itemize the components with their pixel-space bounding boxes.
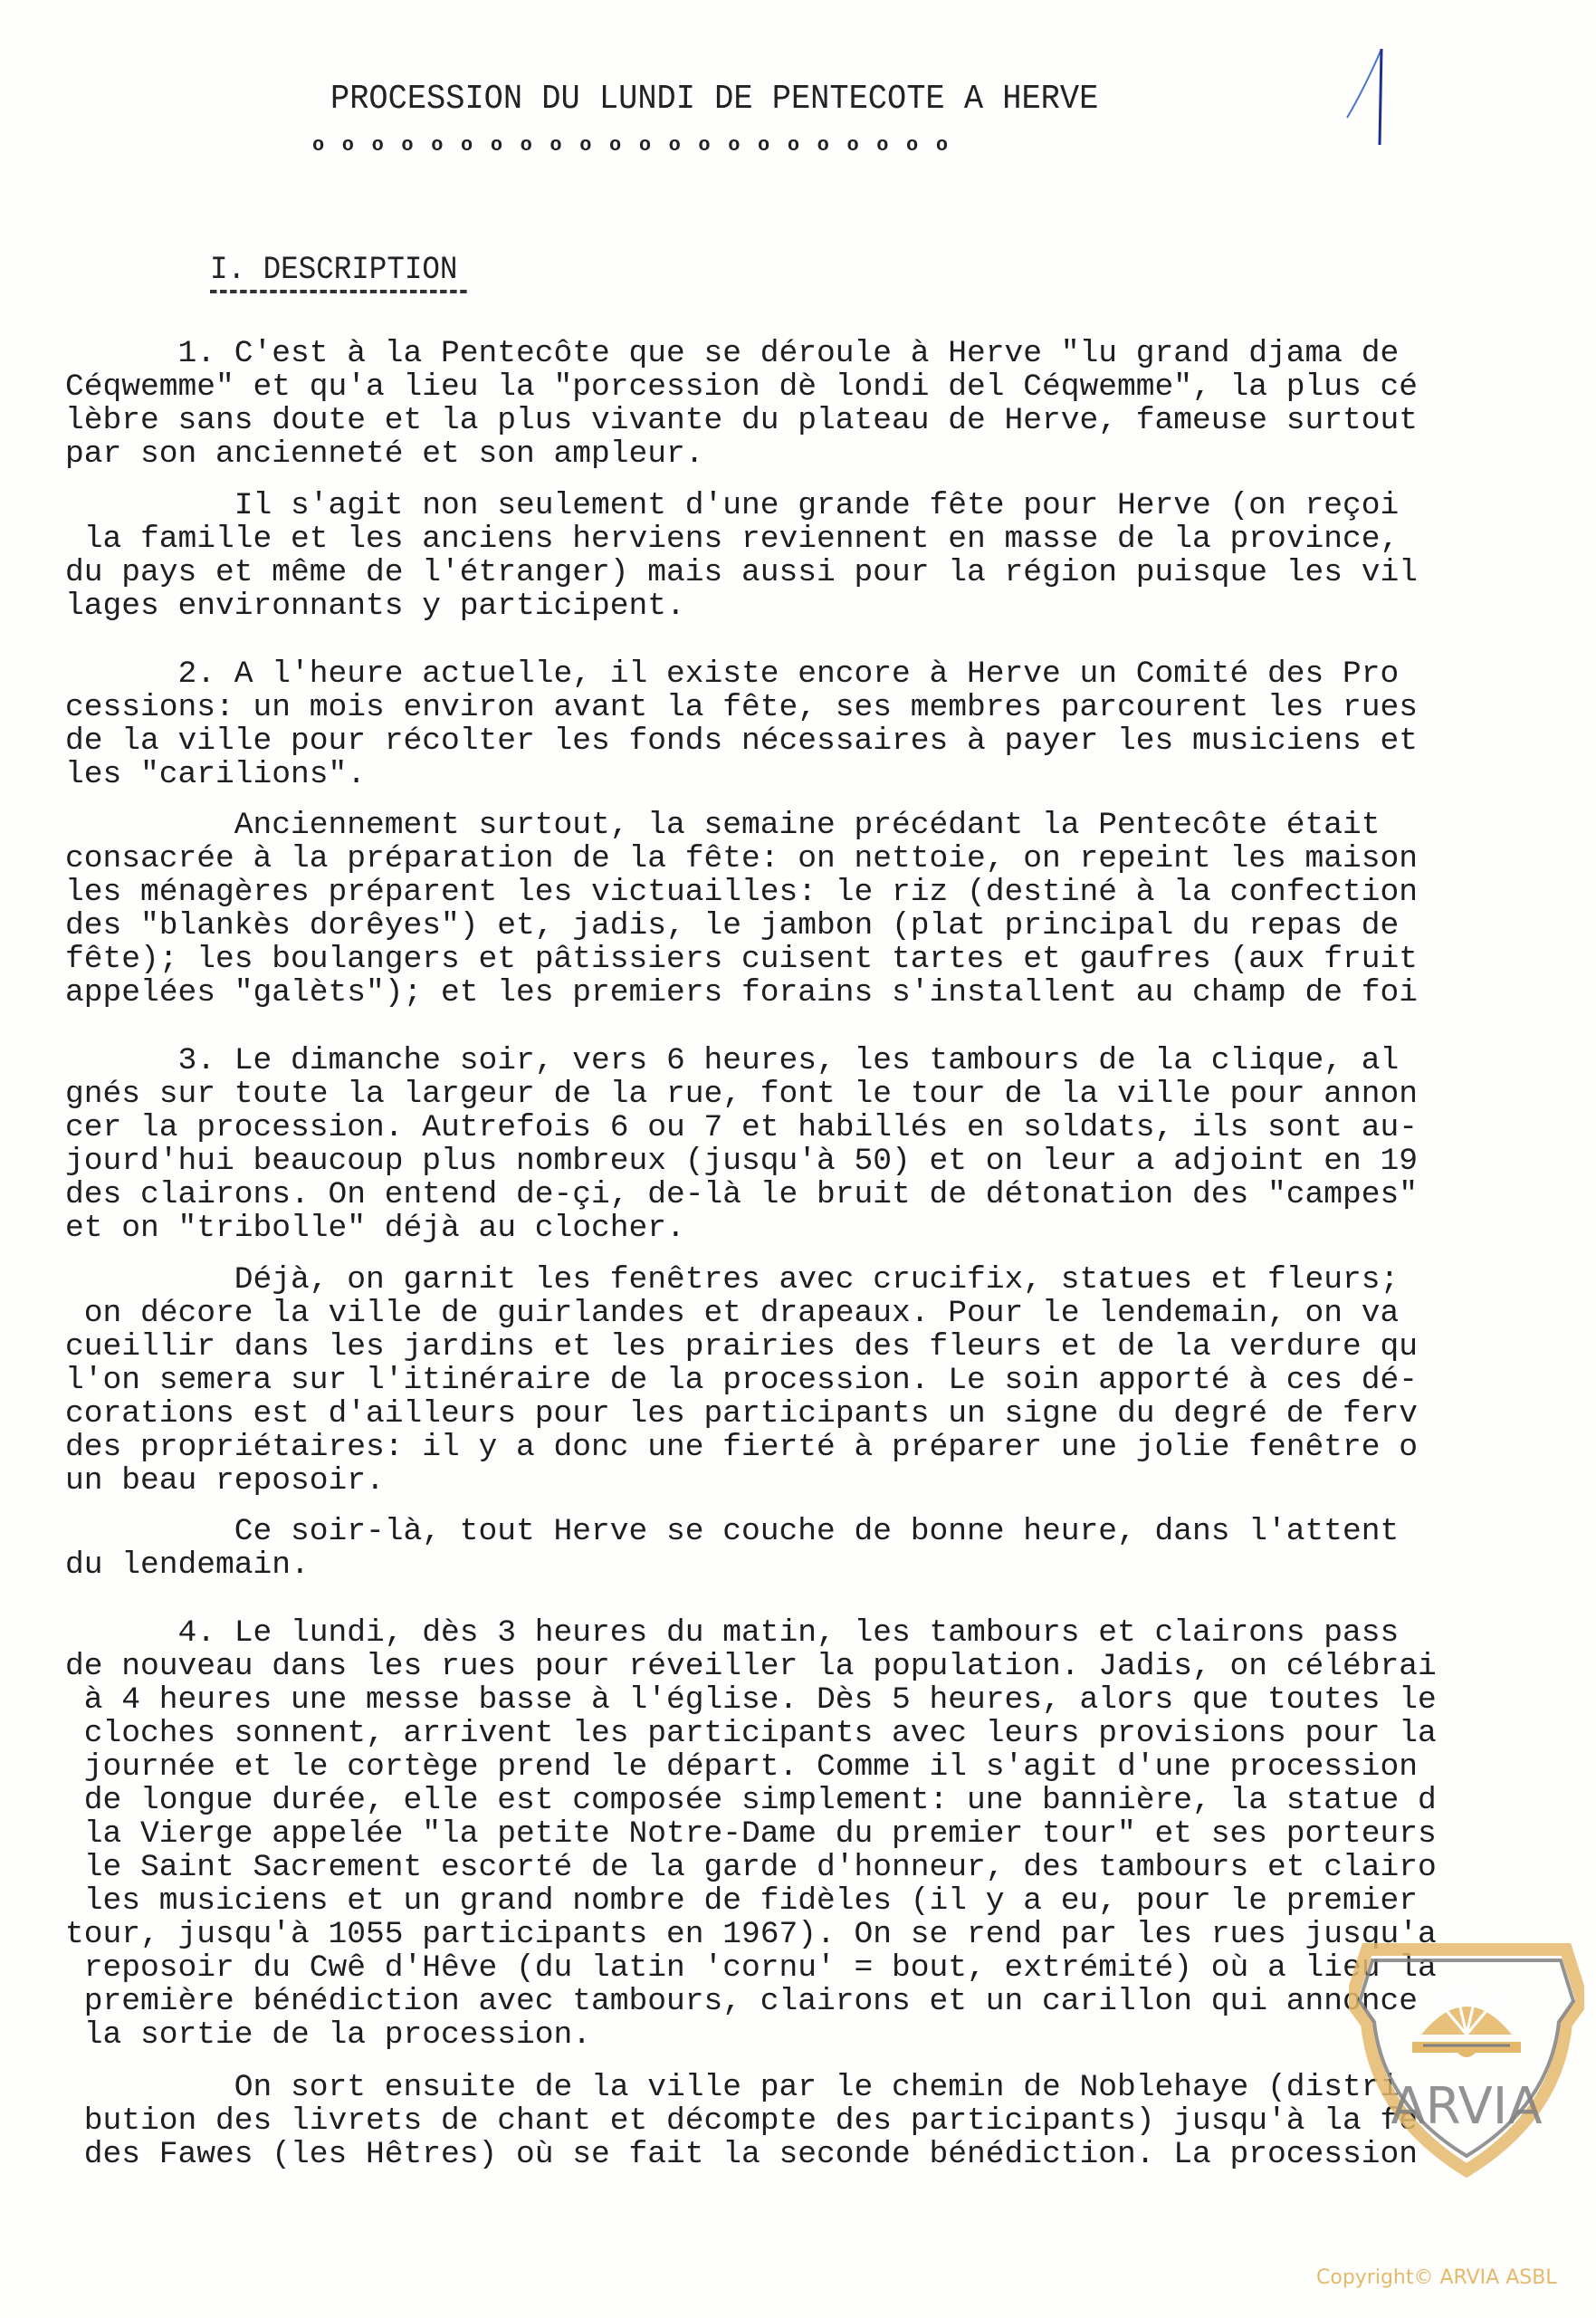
text-line: fête); les boulangers et pâtissiers cuis… bbox=[65, 943, 1418, 976]
section-heading: I. DESCRIPTION bbox=[210, 252, 467, 293]
copyright-notice: Copyright© ARVIA ASBL bbox=[1316, 2266, 1557, 2289]
text-line: et on "tribolle" déjà au clocher. bbox=[65, 1212, 685, 1245]
text-line: la Vierge appelée "la petite Notre-Dame … bbox=[65, 1817, 1437, 1851]
text-line: On sort ensuite de la ville par le chemi… bbox=[65, 2071, 1399, 2104]
text-line: lages environnants y participent. bbox=[65, 589, 685, 623]
text-line: Il s'agit non seulement d'une grande fêt… bbox=[65, 489, 1399, 522]
text-line: Anciennement surtout, la semaine précéda… bbox=[65, 809, 1381, 842]
text-line: les musiciens et un grand nombre de fidè… bbox=[65, 1884, 1418, 1918]
text-line: l'on semera sur l'itinéraire de la proce… bbox=[65, 1364, 1418, 1397]
text-line: bution des livrets de chant et décompte … bbox=[65, 2104, 1418, 2138]
svg-text:ARVIA: ARVIA bbox=[1391, 2077, 1542, 2136]
text-line: la sortie de la procession. bbox=[65, 2018, 591, 2052]
text-line: appelées "galèts"); et les premiers fora… bbox=[65, 976, 1418, 1010]
text-line: le Saint Sacrement escorté de la garde d… bbox=[65, 1851, 1437, 1884]
text-line: du lendemain. bbox=[65, 1548, 310, 1582]
text-line: lèbre sans doute et la plus vivante du p… bbox=[65, 404, 1418, 437]
heading-underline bbox=[210, 290, 467, 293]
text-line: Céqwemme" et qu'a lieu la "porcession dè… bbox=[65, 370, 1418, 404]
handwritten-page-number: 1 bbox=[1340, 45, 1394, 145]
text-line: des Fawes (les Hêtres) où se fait la sec… bbox=[65, 2138, 1418, 2171]
text-line: à 4 heures une messe basse à l'église. D… bbox=[65, 1683, 1437, 1717]
text-line: première bénédiction avec tambours, clai… bbox=[65, 1985, 1418, 2018]
text-line: Déjà, on garnit les fenêtres avec crucif… bbox=[65, 1263, 1399, 1297]
text-line: les ménagères préparent les victuailles:… bbox=[65, 876, 1418, 909]
text-line: consacrée à la préparation de la fête: o… bbox=[65, 842, 1418, 876]
text-line: journée et le cortège prend le départ. C… bbox=[65, 1750, 1418, 1784]
text-line: Ce soir-là, tout Herve se couche de bonn… bbox=[65, 1515, 1399, 1548]
svg-text:1: 1 bbox=[1340, 45, 1341, 46]
text-line: du pays et même de l'étranger) mais auss… bbox=[65, 556, 1418, 589]
text-line: la famille et les anciens herviens revie… bbox=[65, 522, 1399, 556]
text-line: cueillir dans les jardins et les prairie… bbox=[65, 1330, 1418, 1364]
text-line: on décore la ville de guirlandes et drap… bbox=[65, 1297, 1399, 1330]
text-line: de longue durée, elle est composée simpl… bbox=[65, 1784, 1437, 1817]
text-line: cloches sonnent, arrivent les participan… bbox=[65, 1717, 1437, 1750]
text-line: 1. C'est à la Pentecôte que se déroule à… bbox=[65, 337, 1399, 370]
text-line: gnés sur toute la largeur de la rue, fon… bbox=[65, 1078, 1418, 1111]
text-line: de nouveau dans les rues pour réveiller … bbox=[65, 1650, 1437, 1683]
text-line: de la ville pour récolter les fonds néce… bbox=[65, 724, 1418, 758]
text-line: reposoir du Cwê d'Hêve (du latin 'cornu'… bbox=[65, 1951, 1437, 1985]
text-line: un beau reposoir. bbox=[65, 1464, 385, 1498]
text-line: 2. A l'heure actuelle, il existe encore … bbox=[65, 657, 1399, 691]
section-heading-text: I. DESCRIPTION bbox=[210, 252, 457, 288]
text-line: des propriétaires: il y a donc une fiert… bbox=[65, 1431, 1418, 1464]
scanned-document-page: PROCESSION DU LUNDI DE PENTECOTE A HERVE… bbox=[0, 0, 1596, 2318]
text-line: tour, jusqu'à 1055 participants en 1967)… bbox=[65, 1918, 1437, 1951]
text-line: des clairons. On entend de-çi, de-là le … bbox=[65, 1178, 1418, 1212]
text-line: les "carilions". bbox=[65, 758, 366, 791]
text-line: 3. Le dimanche soir, vers 6 heures, les … bbox=[65, 1044, 1399, 1078]
text-line: par son ancienneté et son ampleur. bbox=[65, 437, 704, 471]
arvia-shield-logo-icon: ARVIA bbox=[1349, 1942, 1584, 2178]
text-line: 4. Le lundi, dès 3 heures du matin, les … bbox=[65, 1616, 1399, 1650]
text-line: cer la procession. Autrefois 6 ou 7 et h… bbox=[65, 1111, 1418, 1145]
title-separator: oooooooooooooooooooooo bbox=[312, 134, 966, 157]
text-line: jourd'hui beaucoup plus nombreux (jusqu'… bbox=[65, 1145, 1418, 1178]
text-line: des "blankès dorêyes") et, jadis, le jam… bbox=[65, 909, 1399, 943]
text-line: corations est d'ailleurs pour les partic… bbox=[65, 1397, 1418, 1431]
document-title: PROCESSION DU LUNDI DE PENTECOTE A HERVE bbox=[330, 80, 1098, 119]
text-line: cessions: un mois environ avant la fête,… bbox=[65, 691, 1418, 724]
